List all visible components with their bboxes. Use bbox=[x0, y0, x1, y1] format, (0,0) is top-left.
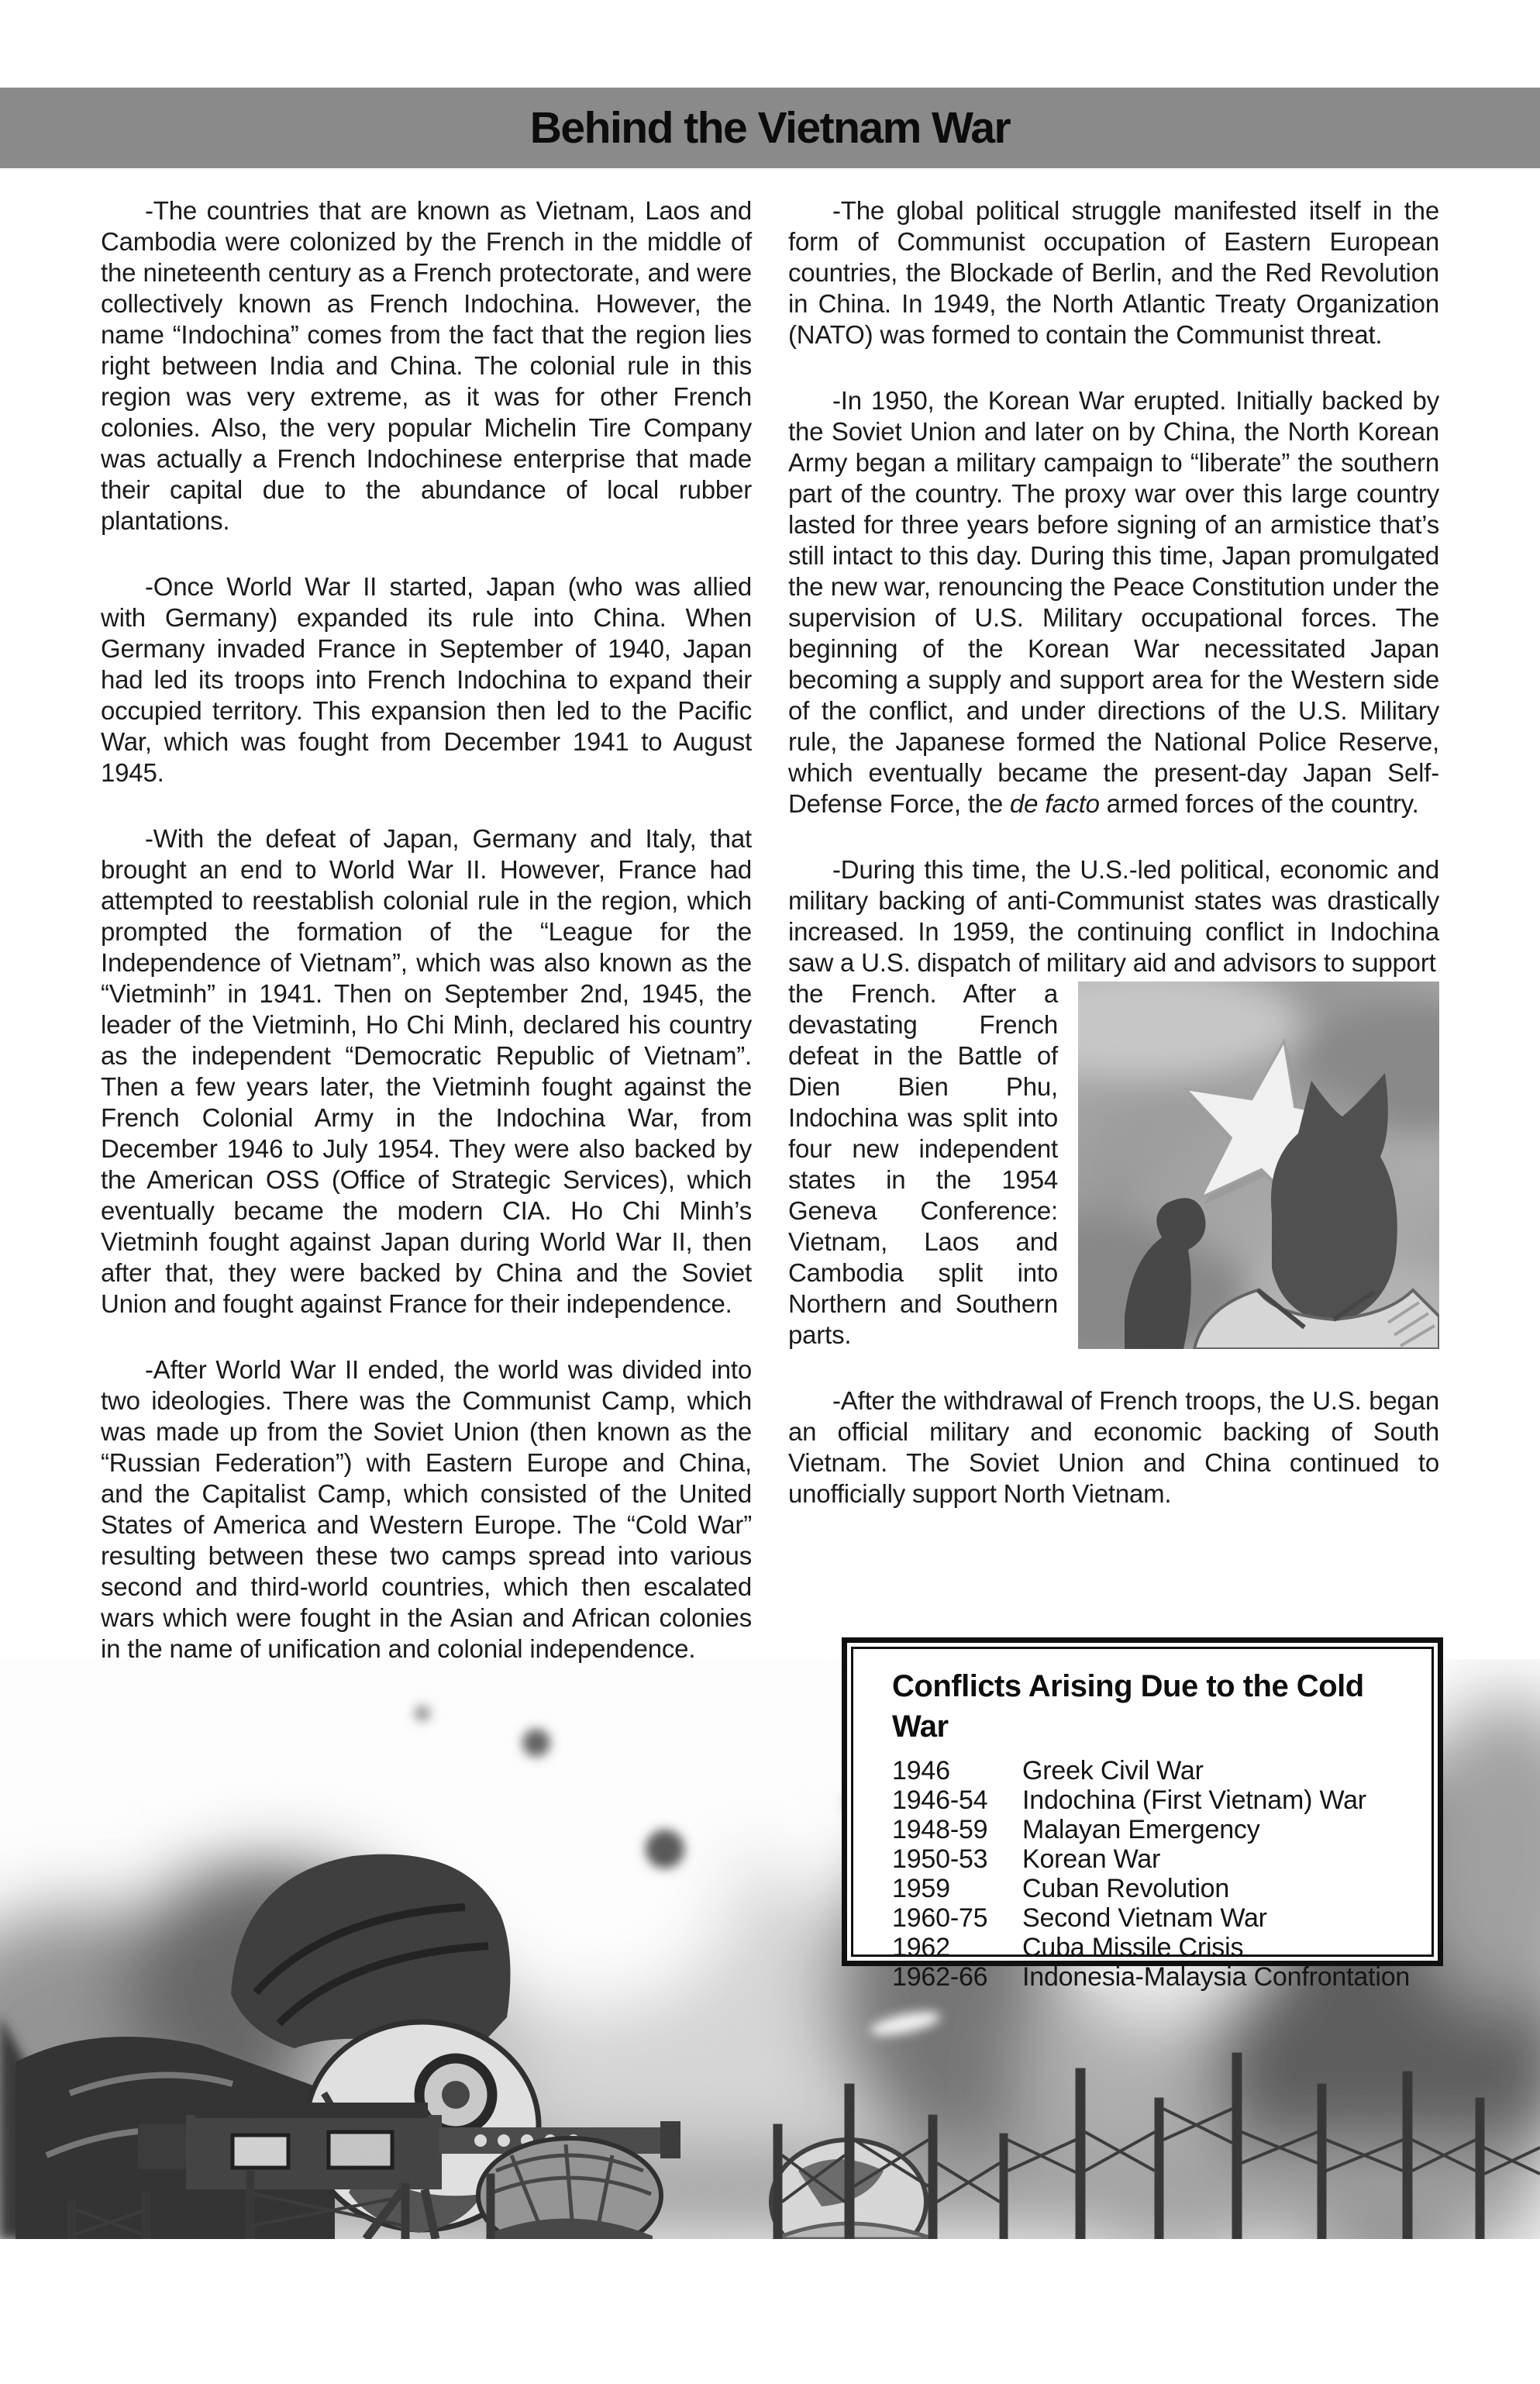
paragraph-us-backing-narrow: the French. After a devastating French d… bbox=[788, 978, 1058, 1351]
table-row: 1960-75 Second Vietnam War bbox=[892, 1903, 1422, 1933]
de-facto-italic: de facto bbox=[1010, 789, 1100, 818]
paragraph-wwii-japan: -Once World War II started, Japan (who w… bbox=[101, 571, 752, 788]
conflict-name: Second Vietnam War bbox=[1022, 1903, 1422, 1933]
conflicts-table-rows: 1946 Greek Civil War 1946-54 Indochina (… bbox=[892, 1756, 1422, 1992]
table-row: 1962-66 Indonesia-Malaysia Confrontation bbox=[892, 1962, 1422, 1992]
table-row: 1946-54 Indochina (First Vietnam) War bbox=[892, 1785, 1422, 1815]
paragraph-korean-war-end: armed forces of the country. bbox=[1100, 789, 1419, 818]
conflict-years: 1946-54 bbox=[892, 1785, 1022, 1815]
paragraph-vietminh: -With the defeat of Japan, Germany and I… bbox=[101, 823, 752, 1320]
conflict-name: Korean War bbox=[1022, 1844, 1422, 1874]
paragraph-global-struggle: -The global political struggle manifeste… bbox=[788, 195, 1439, 350]
conflict-name: Cuba Missile Crisis bbox=[1022, 1933, 1422, 1962]
table-row: 1959 Cuban Revolution bbox=[892, 1874, 1422, 1903]
header-bar: Behind the Vietnam War bbox=[0, 88, 1540, 168]
paragraph-us-backing-wide: -During this time, the U.S.-led politica… bbox=[788, 854, 1439, 978]
conflict-years: 1962 bbox=[892, 1933, 1022, 1962]
conflict-years: 1960-75 bbox=[892, 1903, 1022, 1933]
conflict-years: 1962-66 bbox=[892, 1962, 1022, 1992]
table-row: 1946 Greek Civil War bbox=[892, 1756, 1422, 1785]
conflict-name: Indonesia-Malaysia Confrontation bbox=[1022, 1962, 1422, 1992]
conflict-years: 1946 bbox=[892, 1756, 1022, 1785]
table-row: 1962 Cuba Missile Crisis bbox=[892, 1933, 1422, 1962]
table-row: 1950-53 Korean War bbox=[892, 1844, 1422, 1874]
paragraph-cold-war-camps: -After World War II ended, the world was… bbox=[101, 1354, 752, 1665]
conflict-years: 1948-59 bbox=[892, 1815, 1022, 1844]
conflict-name: Malayan Emergency bbox=[1022, 1815, 1422, 1844]
page-title: Behind the Vietnam War bbox=[530, 102, 1010, 154]
paragraph-korean-war: -In 1950, the Korean War erupted. Initia… bbox=[788, 385, 1439, 819]
paragraph-korean-war-text: -In 1950, the Korean War erupted. Initia… bbox=[788, 386, 1439, 818]
conflicts-table-title: Conflicts Arising Due to the Cold War bbox=[892, 1666, 1422, 1747]
conflict-name: Indochina (First Vietnam) War bbox=[1022, 1785, 1422, 1815]
conflicts-table: Conflicts Arising Due to the Cold War 19… bbox=[842, 1637, 1443, 1966]
paragraph-indochina-colony: -The countries that are known as Vietnam… bbox=[101, 195, 752, 536]
left-column: -The countries that are known as Vietnam… bbox=[101, 195, 752, 1699]
conflict-years: 1950-53 bbox=[892, 1844, 1022, 1874]
text-wrap-row: the French. After a devastating French d… bbox=[788, 978, 1439, 1351]
conflict-years: 1959 bbox=[892, 1874, 1022, 1903]
table-row: 1948-59 Malayan Emergency bbox=[892, 1815, 1422, 1844]
right-column: -The global political struggle manifeste… bbox=[788, 195, 1439, 1544]
conflict-name: Cuban Revolution bbox=[1022, 1874, 1422, 1903]
document-page: Behind the Vietnam War -The countries th… bbox=[0, 0, 1540, 2384]
paragraph-french-withdrawal: -After the withdrawal of French troops, … bbox=[788, 1385, 1439, 1509]
vietcong-flag-illustration bbox=[1078, 982, 1439, 1349]
conflict-name: Greek Civil War bbox=[1022, 1756, 1422, 1785]
